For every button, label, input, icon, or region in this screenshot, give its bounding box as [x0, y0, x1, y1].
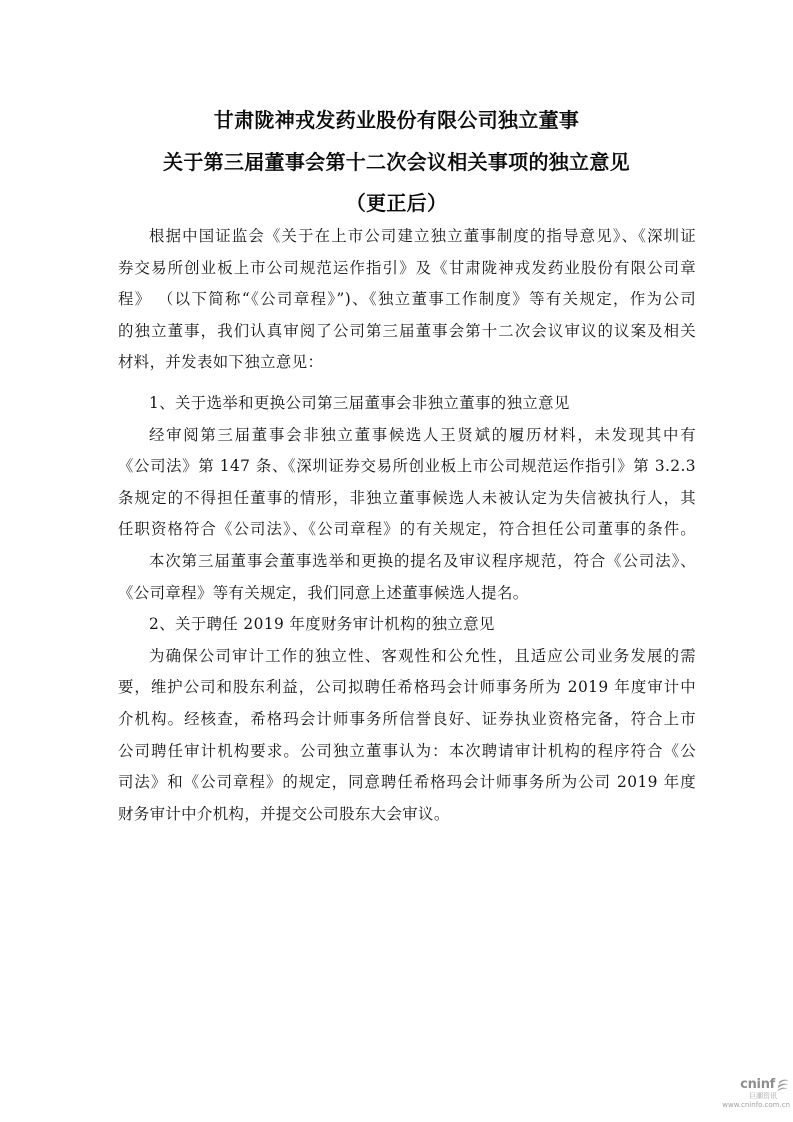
text-line: 材料，并发表如下独立意见： [118, 347, 696, 379]
section-heading-text: 2、关于聘任 2019 年度财务审计机构的独立意见 [118, 609, 696, 641]
cninfo-watermark: cninf 巨潮资讯 www.cninfo.com.cn [722, 1078, 790, 1118]
section-heading-1: 1、关于选举和更换公司第三届董事会非独立董事的独立意见 [118, 388, 696, 420]
text-line: 经审阅第三届董事会非独立董事候选人王贤斌的履历材料，未发现其中有 [118, 420, 696, 452]
text-line: 本次第三届董事会董事选举和更换的提名及审议程序规范，符合《公司法》、 [118, 546, 696, 578]
cninfo-chinese-name: 巨潮资讯 [722, 1092, 790, 1101]
text-line: 司法》和《公司章程》的规定，同意聘任希格玛会计师事务所为公司 2019 年度 [118, 767, 696, 799]
text-line: 要，维护公司和股东利益，公司拟聘任希格玛会计师事务所为 2019 年度审计中 [118, 672, 696, 704]
text-line: 为确保公司审计工作的独立性、客观性和公允性，且适应公司业务发展的需 [118, 641, 696, 673]
paragraph-director-review: 经审阅第三届董事会非独立董事候选人王贤斌的履历材料，未发现其中有 《公司法》第 … [118, 420, 696, 546]
cninf-wordmark: cninf [740, 1078, 775, 1092]
paragraph-nomination-agree: 本次第三届董事会董事选举和更换的提名及审议程序规范，符合《公司法》、 《公司章程… [118, 546, 696, 609]
section-heading-2: 2、关于聘任 2019 年度财务审计机构的独立意见 [118, 609, 696, 641]
paragraph-intro: 根据中国证监会《关于在上市公司建立独立董事制度的指导意见》、《深圳证 券交易所创… [118, 221, 696, 379]
text-line: 程》 （以下简称“《公司章程》”)、《独立董事工作制度》等有关规定，作为公司 [118, 284, 696, 316]
title-line-company: 甘肃陇神戎发药业股份有限公司独立董事 [0, 100, 793, 142]
cninfo-url: www.cninfo.com.cn [722, 1101, 790, 1110]
document-page: 甘肃陇神戎发药业股份有限公司独立董事 关于第三届董事会第十二次会议相关事项的独立… [0, 0, 793, 1122]
text-line: 公司聘任审计机构要求。公司独立董事认为：本次聘请审计机构的程序符合《公 [118, 736, 696, 768]
text-line: 券交易所创业板上市公司规范运作指引》及《甘肃陇神戎发药业股份有限公司章 [118, 253, 696, 285]
text-line: 任职资格符合《公司法》、《公司章程》的有关规定，符合担任公司董事的条件。 [118, 514, 696, 546]
cninfo-swirl-icon [776, 1078, 790, 1092]
section-heading-text: 1、关于选举和更换公司第三届董事会非独立董事的独立意见 [118, 388, 696, 420]
document-title: 甘肃陇神戎发药业股份有限公司独立董事 关于第三届董事会第十二次会议相关事项的独立… [0, 100, 793, 225]
text-line: 财务审计中介机构，并提交公司股东大会审议。 [118, 799, 696, 831]
text-line: 根据中国证监会《关于在上市公司建立独立董事制度的指导意见》、《深圳证 [118, 221, 696, 253]
title-line-revised: （更正后） [0, 183, 793, 225]
paragraph-auditor-appointment: 为确保公司审计工作的独立性、客观性和公允性，且适应公司业务发展的需 要，维护公司… [118, 641, 696, 831]
text-line: 条规定的不得担任董事的情形，非独立董事候选人未被认定为失信被执行人，其 [118, 483, 696, 515]
document-body: 根据中国证监会《关于在上市公司建立独立董事制度的指导意见》、《深圳证 券交易所创… [118, 221, 696, 830]
text-line: 介机构。经核查，希格玛会计师事务所信誉良好、证券执业资格完备，符合上市 [118, 704, 696, 736]
text-line: 《公司法》第 147 条、《深圳证券交易所创业板上市公司规范运作指引》第 3.2… [118, 451, 696, 483]
spacer [118, 379, 696, 388]
title-line-subject: 关于第三届董事会第十二次会议相关事项的独立意见 [0, 142, 793, 184]
text-line: 《公司章程》等有关规定，我们同意上述董事候选人提名。 [118, 578, 696, 610]
text-line: 的独立董事，我们认真审阅了公司第三届董事会第十二次会议审议的议案及相关 [118, 316, 696, 348]
